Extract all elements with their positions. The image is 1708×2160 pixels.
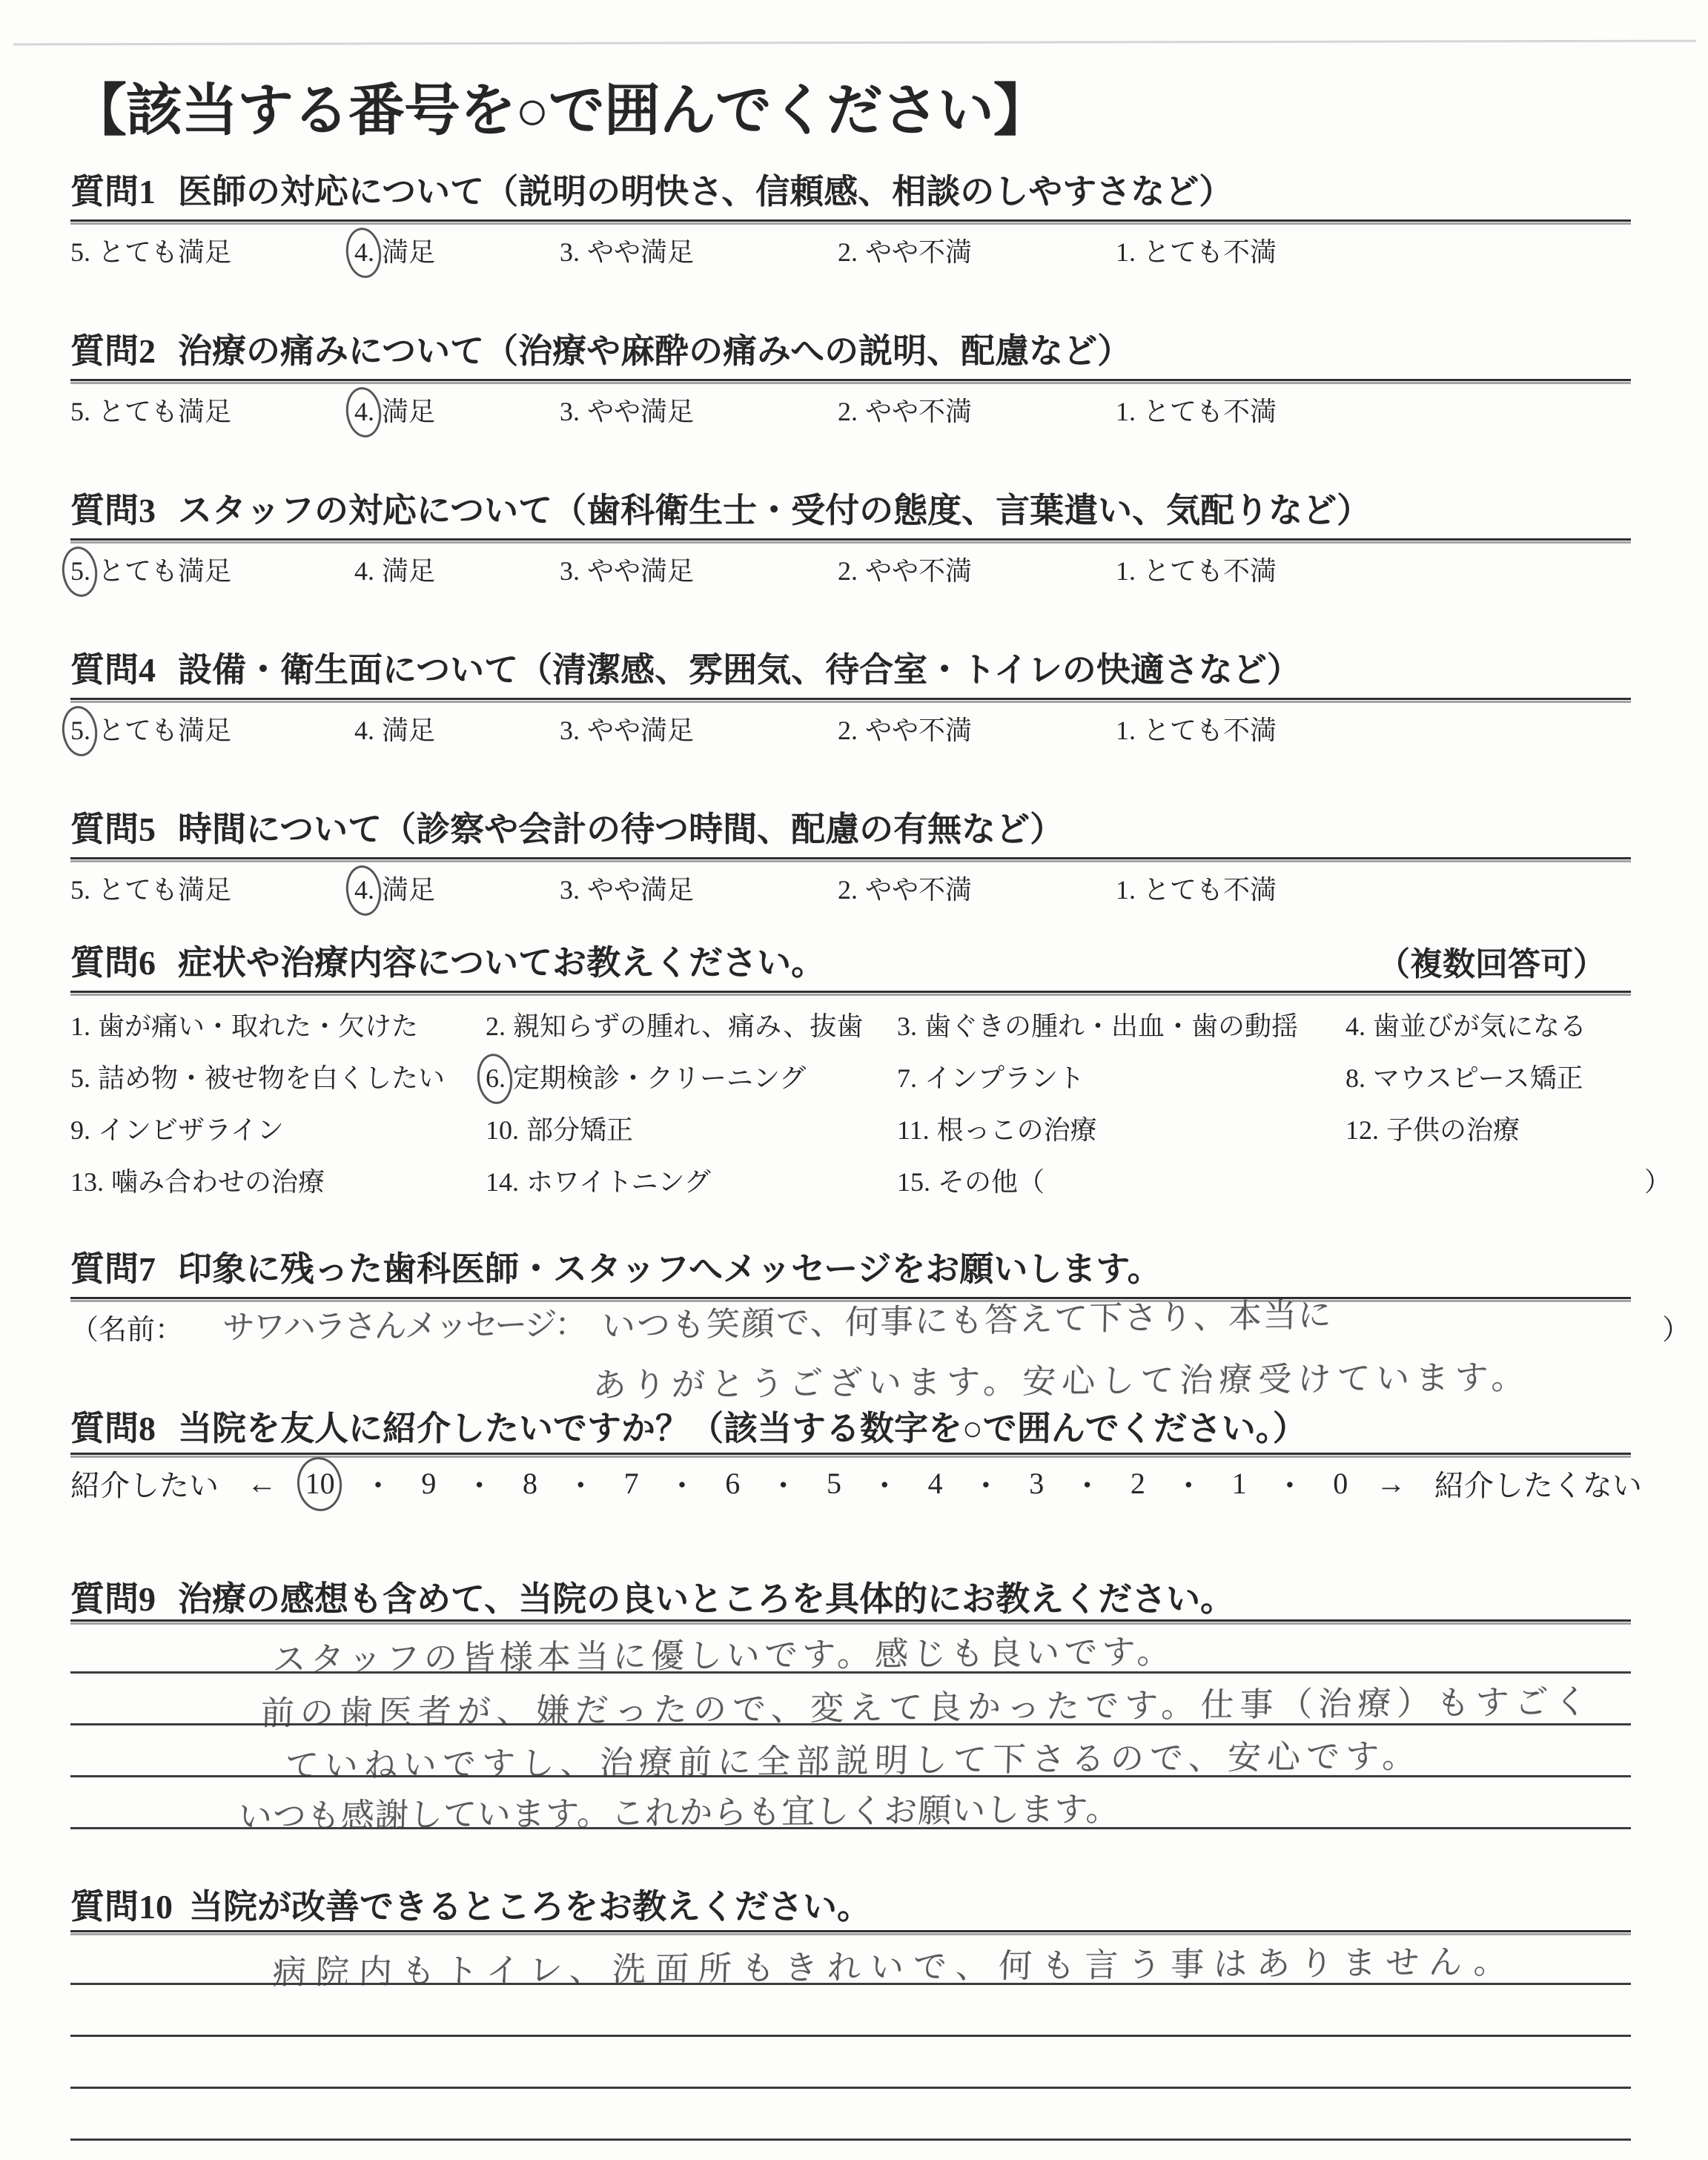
q3-option-4: 4.満足 (354, 550, 435, 588)
q5-option-4-label: 満足 (382, 875, 435, 905)
q1-number: 質問1 (70, 173, 156, 211)
q8-separator: ・ (667, 1462, 697, 1505)
q6-option-7: 7.インプラント (897, 1057, 1085, 1095)
q2-option-5-num: 5. (70, 396, 90, 427)
q1-text: 医師の対応について（説明の明快さ、信頼感、相談のしやすさなど） (178, 173, 1233, 211)
q8-right-label: 紹介したくない (1434, 1462, 1642, 1505)
q6-option-1-label: 歯が痛い・取れた・欠けた (98, 1011, 418, 1041)
q4-option-2-label: やや不満 (865, 716, 972, 745)
q1-option-3-label: やや満足 (587, 237, 694, 267)
q9-answer-line-3: ていねいですし、治療前に全部説明して下さるので、安心です。 (285, 1728, 1422, 1786)
q2-option-3-num: 3. (560, 396, 580, 427)
q6-option-13-label: 噛み合わせの治療 (111, 1167, 325, 1197)
q6-option-12-num: 12. (1345, 1114, 1379, 1146)
q1-option-5-label: とても満足 (98, 237, 231, 267)
q3-heading-rule (70, 538, 1631, 541)
q6-option-2-num: 2. (486, 1011, 506, 1042)
q6-option-9: 9.インビザライン (70, 1109, 284, 1147)
q1-option-4-num: 4. (354, 237, 374, 268)
q5-heading-rule (70, 857, 1631, 859)
q10-number: 質問10 (70, 1888, 173, 1926)
q3-option-4-label: 満足 (382, 556, 435, 586)
q6-number: 質問6 (70, 944, 156, 982)
q8-number-0: 0 (1333, 1466, 1348, 1501)
q5-option-5: 5.とても満足 (70, 869, 231, 907)
q6-option-12: 12.子供の治療 (1345, 1109, 1520, 1147)
q4-option-5-label: とても満足 (98, 716, 231, 745)
q2-option-5: 5.とても満足 (70, 391, 231, 429)
q3-option-5-num: 5. (70, 555, 90, 587)
q6-option-13-num: 13. (70, 1166, 104, 1198)
q8-number-2: 2 (1131, 1466, 1145, 1501)
q8-separator: ・ (566, 1462, 595, 1505)
q3-option-3-label: やや満足 (587, 556, 694, 586)
q6-option-1-num: 1. (70, 1011, 90, 1042)
q6-option-7-num: 7. (897, 1063, 917, 1094)
q8-left-label: 紹介したい (70, 1462, 219, 1505)
q8-separator: ・ (769, 1462, 798, 1505)
q6-option-5: 5.詰め物・被せ物を白くしたい (70, 1057, 445, 1095)
q9-rule-4 (70, 1827, 1631, 1829)
q6-multi-answer-note: （複数回答可） (1377, 937, 1606, 985)
q3-option-1-label: とても不満 (1143, 556, 1277, 586)
q5-heading: 質問5時間について（診察や会計の待つ時間、配慮の有無など） (70, 802, 1064, 851)
q6-option-7-label: インプラント (924, 1063, 1085, 1093)
q8-number-4: 4 (928, 1466, 943, 1501)
q6-option-3-num: 3. (897, 1011, 917, 1042)
q10-text: 当院が改善できるところをお教えください。 (189, 1888, 871, 1926)
q2-option-3: 3.やや満足 (560, 391, 694, 429)
q6-option-15-label: その他（ (938, 1167, 1045, 1197)
q6-option-11-label: 根っこの治療 (937, 1115, 1097, 1145)
q7-message-line-2: ありがとうございます。安心して治療受けています。 (592, 1350, 1531, 1406)
q7-number: 質問7 (70, 1250, 156, 1288)
q6-option-4-label: 歯並びが気になる (1373, 1011, 1586, 1041)
q3-option-5-label: とても満足 (98, 556, 231, 586)
q8-separator: ・ (971, 1462, 1001, 1505)
q5-option-5-num: 5. (70, 874, 90, 905)
q2-option-1-num: 1. (1116, 396, 1136, 427)
q6-option-4: 4.歯並びが気になる (1345, 1005, 1586, 1043)
q6-option-8-num: 8. (1345, 1063, 1366, 1094)
q8-number-3: 3 (1029, 1466, 1044, 1501)
q2-option-4-label: 満足 (382, 397, 435, 426)
q3-option-5: 5.とても満足 (70, 550, 231, 588)
q9-rule-3 (70, 1775, 1631, 1777)
q5-option-2-label: やや不満 (865, 875, 972, 905)
q3-text: スタッフの対応について（歯科衛生士・受付の態度、言葉遣い、気配りなど） (178, 492, 1371, 529)
q1-heading: 質問1医師の対応について（説明の明快さ、信頼感、相談のしやすさなど） (70, 165, 1233, 214)
q7-handwritten-name: サワハラさんメッセージ： (222, 1298, 586, 1348)
q2-option-2-num: 2. (838, 396, 858, 427)
q6-option-12-label: 子供の治療 (1386, 1115, 1520, 1145)
q9-heading: 質問9治療の感想も含めて、当院の良いところを具体的にお教えください。 (70, 1572, 1234, 1621)
q8-left-arrow: ← (247, 1466, 277, 1501)
q6-option-2-label: 親知らずの腫れ、痛み、抜歯 (513, 1011, 863, 1041)
q1-option-4-label: 満足 (382, 237, 435, 267)
q5-option-1-num: 1. (1116, 874, 1136, 905)
q6-option-1: 1.歯が痛い・取れた・欠けた (70, 1005, 418, 1043)
q3-option-2-label: やや不満 (865, 556, 972, 586)
q5-option-3-label: やや満足 (587, 875, 694, 905)
q4-option-4-label: 満足 (382, 716, 435, 745)
q10-rule-1 (70, 1983, 1631, 1985)
q1-option-3: 3.やや満足 (560, 231, 694, 269)
q6-option-14-num: 14. (486, 1166, 519, 1198)
q3-option-4-num: 4. (354, 555, 374, 587)
q10-heading: 質問10当院が改善できるところをお教えください。 (70, 1880, 871, 1929)
q2-option-4: 4.満足 (354, 391, 435, 429)
q5-text: 時間について（診察や会計の待つ時間、配慮の有無など） (178, 810, 1064, 848)
q6-option-8-label: マウスピース矯正 (1373, 1063, 1583, 1093)
q1-heading-rule (70, 219, 1631, 222)
q2-heading: 質問2治療の痛みについて（治療や麻酔の痛みへの説明、配慮など） (70, 324, 1131, 373)
q10-heading-rule (70, 1930, 1631, 1932)
q2-option-2-label: やや不満 (865, 397, 972, 426)
q6-option-11: 11.根っこの治療 (897, 1109, 1097, 1147)
q8-number: 質問8 (70, 1410, 156, 1447)
q5-option-5-label: とても満足 (98, 875, 231, 905)
q9-text: 治療の感想も含めて、当院の良いところを具体的にお教えください。 (178, 1580, 1234, 1618)
q8-separator: ・ (1275, 1462, 1305, 1505)
q1-option-5-num: 5. (70, 237, 90, 268)
q6-option-3-label: 歯ぐきの腫れ・出血・歯の動揺 (924, 1011, 1298, 1041)
q8-separator: ・ (465, 1462, 494, 1505)
q6-option-5-label: 詰め物・被せ物を白くしたい (98, 1063, 445, 1093)
q7-name-prefix: （名前： (70, 1307, 183, 1347)
q8-right-arrow: → (1377, 1466, 1406, 1501)
q8-separator: ・ (870, 1462, 899, 1505)
q4-option-2: 2.やや不満 (838, 710, 972, 747)
q10-rule-2 (70, 2035, 1631, 2037)
q6-option-11-num: 11. (897, 1114, 930, 1146)
q9-rule-2 (70, 1723, 1631, 1725)
q2-heading-rule (70, 379, 1631, 381)
q6-heading-rule (70, 991, 1631, 993)
q8-number-7: 7 (624, 1466, 639, 1501)
scan-edge-line (13, 40, 1696, 46)
q3-option-1: 1.とても不満 (1116, 550, 1277, 588)
q8-number-6: 6 (725, 1466, 740, 1501)
q6-option-14-label: ホワイトニング (526, 1167, 711, 1197)
q3-option-2: 2.やや不満 (838, 550, 972, 588)
q5-option-3: 3.やや満足 (560, 869, 694, 907)
q8-heading: 質問8当院を友人に紹介したいですか？（該当する数字を○で囲んでください。） (70, 1401, 1307, 1450)
q4-option-3-label: やや満足 (587, 716, 694, 745)
q3-option-1-num: 1. (1116, 555, 1136, 587)
q5-option-4: 4.満足 (354, 869, 435, 907)
q6-option-6-label: 定期検診・クリーニング (513, 1063, 806, 1093)
q8-separator: ・ (1174, 1462, 1203, 1505)
q5-option-4-num: 4. (354, 874, 374, 905)
q6-other-closing-paren: ） (1644, 1161, 1671, 1199)
q6-option-4-num: 4. (1345, 1011, 1366, 1042)
q7-closing-paren: ） (1662, 1307, 1690, 1347)
q4-option-2-num: 2. (838, 715, 858, 746)
q5-number: 質問5 (70, 810, 156, 848)
q8-number-9: 9 (421, 1466, 436, 1501)
q8-text: 当院を友人に紹介したいですか？（該当する数字を○で囲んでください。） (178, 1410, 1307, 1447)
q8-heading-rule (70, 1453, 1631, 1455)
q6-option-5-num: 5. (70, 1063, 90, 1094)
q2-option-1-label: とても不満 (1143, 397, 1277, 426)
q2-option-4-num: 4. (354, 396, 374, 427)
q8-number-8: 8 (523, 1466, 537, 1501)
q4-option-5-num: 5. (70, 715, 90, 746)
q9-heading-rule (70, 1619, 1631, 1622)
q6-heading: 質問6症状や治療内容についてお教えください。 (70, 936, 825, 985)
q6-option-15-num: 15. (897, 1166, 930, 1198)
q5-option-2-num: 2. (838, 874, 858, 905)
q1-option-5: 5.とても満足 (70, 231, 231, 269)
q6-text: 症状や治療内容についてお教えください。 (178, 944, 825, 982)
q4-option-5: 5.とても満足 (70, 710, 231, 747)
q4-heading-rule (70, 698, 1631, 700)
q6-option-15: 15.その他（ (897, 1161, 1045, 1199)
survey-page: 【該当する番号を○で囲んでください】 質問1医師の対応について（説明の明快さ、信… (0, 0, 1708, 2160)
q9-number: 質問9 (70, 1580, 156, 1618)
q1-option-3-num: 3. (560, 237, 580, 268)
q8-number-5: 5 (827, 1466, 841, 1501)
q6-option-3: 3.歯ぐきの腫れ・出血・歯の動揺 (897, 1005, 1298, 1043)
q3-option-2-num: 2. (838, 555, 858, 587)
q6-option-14: 14.ホワイトニング (486, 1161, 711, 1199)
q1-option-1-num: 1. (1116, 237, 1136, 268)
q1-option-1-label: とても不満 (1143, 237, 1277, 267)
q4-option-3: 3.やや満足 (560, 710, 694, 747)
q6-option-6: 6.定期検診・クリーニング (486, 1057, 806, 1095)
q5-option-1-label: とても不満 (1143, 875, 1277, 905)
q5-option-3-num: 3. (560, 874, 580, 905)
q2-number: 質問2 (70, 332, 156, 370)
q2-text: 治療の痛みについて（治療や麻酔の痛みへの説明、配慮など） (178, 332, 1131, 370)
q2-option-3-label: やや満足 (587, 397, 694, 426)
q6-option-9-label: インビザライン (98, 1115, 284, 1145)
q5-option-2: 2.やや不満 (838, 869, 972, 907)
q1-option-2-label: やや不満 (865, 237, 972, 267)
q4-option-1-label: とても不満 (1143, 716, 1277, 745)
q4-option-1: 1.とても不満 (1116, 710, 1277, 747)
q3-option-3-num: 3. (560, 555, 580, 587)
q8-number-1: 1 (1232, 1466, 1247, 1501)
q4-option-4-num: 4. (354, 715, 374, 746)
q2-option-5-label: とても満足 (98, 397, 231, 426)
q6-option-2: 2.親知らずの腫れ、痛み、抜歯 (486, 1005, 863, 1043)
q2-option-1: 1.とても不満 (1116, 391, 1277, 429)
q2-option-2: 2.やや不満 (838, 391, 972, 429)
q1-option-1: 1.とても不満 (1116, 231, 1277, 269)
q3-heading: 質問3スタッフの対応について（歯科衛生士・受付の態度、言葉遣い、気配りなど） (70, 483, 1371, 532)
q1-option-2-num: 2. (838, 237, 858, 268)
page-title: 【該当する番号を○で囲んでください】 (70, 65, 1049, 146)
q4-option-4: 4.満足 (354, 710, 435, 747)
q4-text: 設備・衛生面について（清潔感、雰囲気、待合室・トイレの快適さなど） (178, 651, 1301, 689)
q4-option-1-num: 1. (1116, 715, 1136, 746)
q4-heading: 質問4設備・衛生面について（清潔感、雰囲気、待合室・トイレの快適さなど） (70, 643, 1301, 692)
q10-rule-3 (70, 2087, 1631, 2089)
q3-option-3: 3.やや満足 (560, 550, 694, 588)
q8-separator: ・ (363, 1462, 393, 1505)
q1-option-2: 2.やや不満 (838, 231, 972, 269)
q3-number: 質問3 (70, 492, 156, 529)
q9-rule-1 (70, 1671, 1631, 1674)
q4-number: 質問4 (70, 651, 156, 689)
q10-rule-4 (70, 2138, 1631, 2141)
q6-option-10-label: 部分矯正 (526, 1115, 633, 1145)
q8-separator: ・ (1073, 1462, 1102, 1505)
q6-option-8: 8.マウスピース矯正 (1345, 1057, 1583, 1095)
q5-option-1: 1.とても不満 (1116, 869, 1277, 907)
q8-scale-row: 紹介したい ← 10 ・ 9 ・ 8 ・ 7 ・ 6 ・ 5 ・ 4 ・ 3 ・… (70, 1462, 1642, 1505)
q6-option-10: 10.部分矯正 (486, 1109, 633, 1147)
q6-option-13: 13.噛み合わせの治療 (70, 1161, 325, 1199)
q4-option-3-num: 3. (560, 715, 580, 746)
q1-option-4: 4.満足 (354, 231, 435, 269)
q8-number-10: 10 (305, 1466, 335, 1501)
q6-option-9-num: 9. (70, 1114, 90, 1146)
q6-option-6-num: 6. (486, 1063, 506, 1094)
q7-heading: 質問7印象に残った歯科医師・スタッフへメッセージをお願いします。 (70, 1242, 1162, 1291)
q6-option-10-num: 10. (486, 1114, 519, 1146)
q7-text: 印象に残った歯科医師・スタッフへメッセージをお願いします。 (178, 1250, 1162, 1288)
